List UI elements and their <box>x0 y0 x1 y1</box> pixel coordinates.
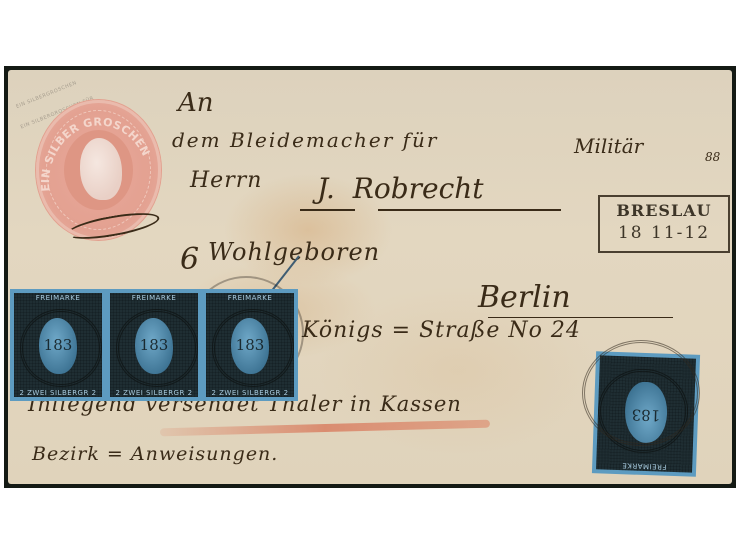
stamp-top-label: FREIMARKE <box>10 294 106 302</box>
breslau-postmark: BRESLAU 18 11-12 <box>598 195 730 253</box>
address-name: J. Robrecht <box>317 172 484 205</box>
stamp-top-label: FREIMARKE <box>106 294 202 302</box>
address-line-recipient: dem Bleidemacher für <box>172 128 439 152</box>
stamp-value-label: 2 ZWEI SILBERGR 2 <box>10 389 106 397</box>
address-salutation: An <box>178 88 214 118</box>
underline <box>378 209 561 211</box>
postmark-city: BRESLAU <box>600 201 728 220</box>
cancel-number: 183 <box>106 336 202 354</box>
address-title: Herrn <box>190 168 262 193</box>
reference-number: 88 <box>705 150 720 164</box>
svg-text:EIN SILBER GROSCHEN: EIN SILBER GROSCHEN <box>39 115 153 191</box>
address-line-militaer: Militär <box>574 134 643 158</box>
address-surname: Robrecht <box>353 172 484 205</box>
cancel-number: 183 <box>10 336 106 354</box>
rate-marking: 6 <box>180 242 199 277</box>
address-initial: J. <box>317 172 335 205</box>
stamp-top-label: FREIMARKE <box>202 294 298 302</box>
numeral-cancel-ring <box>582 340 700 446</box>
stamp: FREIMARKE 2 ZWEI SILBERGR 2 183 <box>202 289 298 401</box>
stamp: FREIMARKE 2 ZWEI SILBERGR 2 183 <box>10 289 106 401</box>
address-street: Königs = Straße No 24 <box>302 318 581 343</box>
stamp-value-label: 2 ZWEI SILBERGR 2 <box>202 389 298 397</box>
cancel-number: 183 <box>202 336 298 354</box>
stamp: FREIMARKE 2 ZWEI SILBERGR 2 183 <box>106 289 202 401</box>
underline <box>300 209 355 211</box>
address-city: Berlin <box>478 280 571 315</box>
stamp-value-label: 2 ZWEI SILBERGR 2 <box>106 389 202 397</box>
postmark-date: 18 11-12 <box>600 223 728 243</box>
contents-note-2: Bezirk = Anweisungen. <box>32 443 278 465</box>
